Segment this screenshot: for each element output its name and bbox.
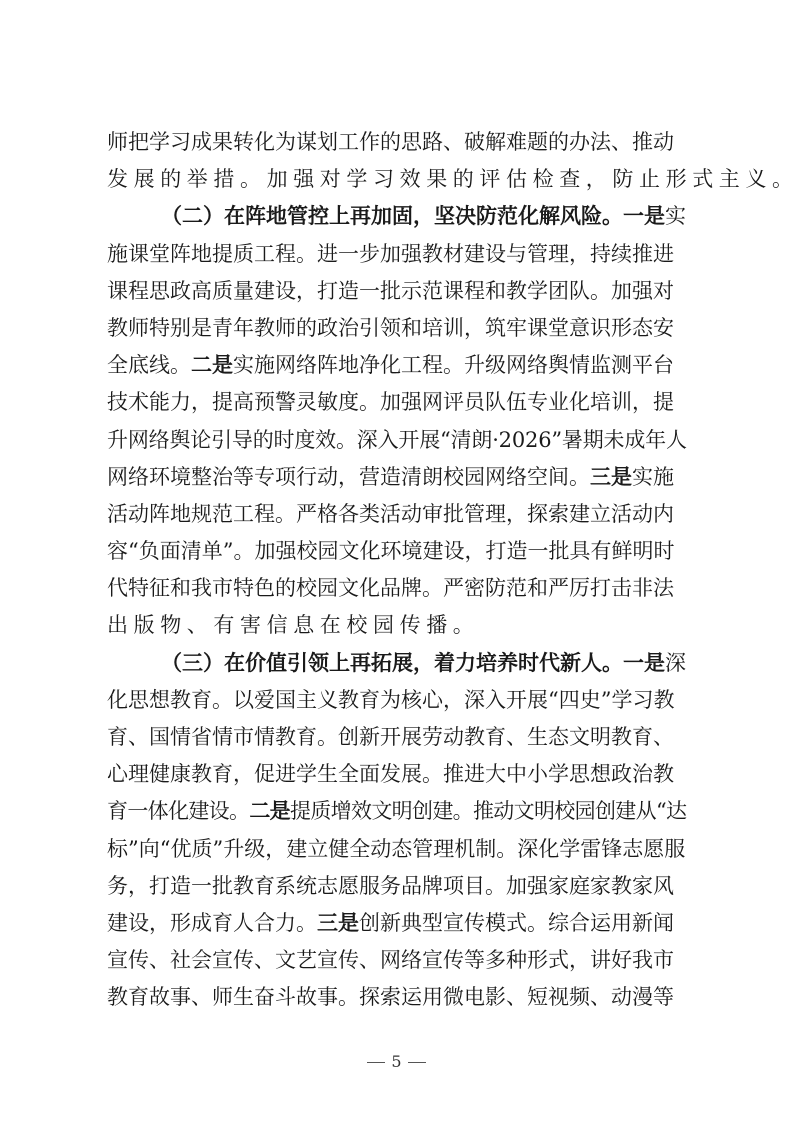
text-line: 务，打造一批教育系统志愿服务品牌项目。加强家庭家教家风: [107, 868, 687, 905]
text-line: 施课堂阵地提质工程。进一步加强教材建设与管理，持续推进: [107, 236, 687, 273]
text-line: 育一体化建设。二是提质增效文明创建。推动文明校园创建从“达: [107, 793, 687, 830]
text-line: 全底线。二是实施网络阵地净化工程。升级网络舆情监测平台: [107, 347, 687, 384]
bold-text: 二是: [191, 353, 233, 377]
text-line: 技术能力，提高预警灵敏度。加强网评员队伍专业化培训，提: [107, 384, 687, 421]
document-page: 师把学习成果转化为谋划工作的思路、破解难题的办法、推动发展的举措。加强对学习效果…: [0, 0, 793, 1122]
text-line: 代特征和我市特色的校园文化品牌。严密防范和严厉打击非法: [107, 570, 687, 607]
text-segment: 育一体化建设。: [107, 799, 249, 823]
text-segment: 实: [665, 204, 686, 228]
paragraph-heading-line: （二）在阵地管控上再加固，坚决防范化解风险。一是实: [107, 198, 687, 235]
text-segment: 技术能力，提高预警灵敏度。加强网评员队伍专业化培训，提: [107, 390, 674, 414]
text-line: 容“负面清单”。加强校园文化环境建设，打造一批具有鲜明时: [107, 533, 687, 570]
text-line: 化思想教育。以爱国主义教育为核心，深入开展“四史”学习教: [107, 682, 687, 719]
text-segment: 发展的举措。加强对学习效果的评估检查，防止形式主义。: [107, 167, 793, 191]
text-segment: 施课堂阵地提质工程。进一步加强教材建设与管理，持续推进: [107, 242, 674, 266]
text-segment: 活动阵地规范工程。严格各类活动审批管理，探索建立活动内: [107, 502, 674, 526]
text-segment: 课程思政高质量建设，打造一批示范课程和教学团队。加强对: [107, 279, 674, 303]
text-segment: 网络环境整治等专项行动，营造清朗校园网络空间。: [107, 465, 590, 489]
footer-dash-left: [367, 1062, 385, 1063]
text-line: 发展的举措。加强对学习效果的评估检查，防止形式主义。: [107, 161, 687, 198]
text-segment: 代特征和我市特色的校园文化品牌。严密防范和严厉打击非法: [107, 576, 674, 600]
text-segment: 师把学习成果转化为谋划工作的思路、破解难题的办法、推动: [107, 130, 674, 154]
text-segment: 务，打造一批教育系统志愿服务品牌项目。加强家庭家教家风: [107, 874, 674, 898]
page-number: 5: [391, 1052, 401, 1071]
text-line: 升网络舆论引导的时度效。深入开展“清朗·2026”暑期未成年人: [107, 422, 687, 459]
text-line: 出版物、有害信息在校园传播。: [107, 607, 687, 644]
text-segment: 实施网络阵地净化工程。升级网络舆情监测平台: [233, 353, 674, 377]
bold-text: 三是: [317, 911, 359, 935]
text-segment: 宣传、社会宣传、文艺宣传、网络宣传等多种形式，讲好我市: [107, 948, 674, 972]
bold-text: （三）在价值引领上再拓展，着力培养时代新人。: [161, 651, 623, 675]
text-segment: 心理健康教育，促进学生全面发展。推进大中小学思想政治教: [107, 762, 674, 786]
text-line: 心理健康教育，促进学生全面发展。推进大中小学思想政治教: [107, 756, 687, 793]
text-segment: 标”向“优质”升级，建立健全动态管理机制。深化学雷锋志愿服: [107, 837, 685, 861]
text-line: 标”向“优质”升级，建立健全动态管理机制。深化学雷锋志愿服: [107, 831, 687, 868]
bold-text: 二是: [249, 799, 290, 823]
text-segment: 育、国情省情市情教育。创新开展劳动教育、生态文明教育、: [107, 725, 674, 749]
paragraph-heading-line: （三）在价值引领上再拓展，着力培养时代新人。一是深: [107, 645, 687, 682]
text-segment: 教师特别是青年教师的政治引领和培训，筑牢课堂意识形态安: [107, 316, 674, 340]
text-segment: 化思想教育。以爱国主义教育为核心，深入开展“四史”学习教: [107, 688, 674, 712]
text-line: 育、国情省情市情教育。创新开展劳动教育、生态文明教育、: [107, 719, 687, 756]
text-line: 网络环境整治等专项行动，营造清朗校园网络空间。三是实施: [107, 459, 687, 496]
bold-text: （二）在阵地管控上再加固，坚决防范化解风险。: [161, 204, 623, 228]
text-segment: 出版物、有害信息在校园传播。: [107, 613, 479, 637]
text-segment: 教育故事、师生奋斗故事。探索运用微电影、短视频、动漫等: [107, 985, 674, 1009]
text-line: 教师特别是青年教师的政治引领和培训，筑牢课堂意识形态安: [107, 310, 687, 347]
bold-text: 一是: [623, 651, 665, 675]
bold-text: 三是: [590, 465, 632, 489]
text-line: 课程思政高质量建设，打造一批示范课程和教学团队。加强对: [107, 273, 687, 310]
text-line: 宣传、社会宣传、文艺宣传、网络宣传等多种形式，讲好我市: [107, 942, 687, 979]
text-line: 建设，形成育人合力。三是创新典型宣传模式。综合运用新闻: [107, 905, 687, 942]
text-segment: 创新典型宣传模式。综合运用新闻: [359, 911, 674, 935]
text-segment: 容“负面清单”。加强校园文化环境建设，打造一批具有鲜明时: [107, 539, 674, 563]
text-segment: 提质增效文明创建。推动文明校园创建从“达: [290, 799, 686, 823]
footer-dash-right: [408, 1062, 426, 1063]
text-line: 师把学习成果转化为谋划工作的思路、破解难题的办法、推动: [107, 124, 687, 161]
text-line: 活动阵地规范工程。严格各类活动审批管理，探索建立活动内: [107, 496, 687, 533]
text-line: 教育故事、师生奋斗故事。探索运用微电影、短视频、动漫等: [107, 979, 687, 1016]
page-footer: 5: [0, 1052, 793, 1071]
text-segment: 深: [665, 651, 686, 675]
text-segment: 实施: [632, 465, 674, 489]
text-segment: 全底线。: [107, 353, 191, 377]
bold-text: 一是: [623, 204, 665, 228]
document-body: 师把学习成果转化为谋划工作的思路、破解难题的办法、推动发展的举措。加强对学习效果…: [107, 124, 687, 1017]
text-segment: 升网络舆论引导的时度效。深入开展“清朗·2026”暑期未成年人: [107, 428, 687, 452]
text-segment: 建设，形成育人合力。: [107, 911, 317, 935]
